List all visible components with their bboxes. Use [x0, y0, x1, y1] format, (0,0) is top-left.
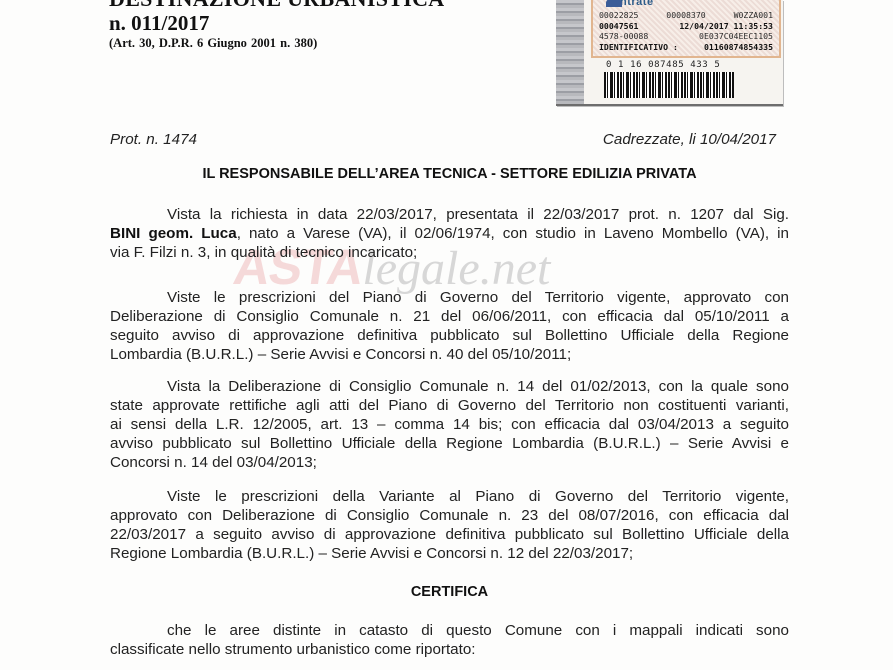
stamp-code: 00022825 — [599, 10, 638, 21]
agenzia-entrate-logo-icon: ntrate — [620, 0, 654, 8]
certificate-number: n. 011/2017 — [109, 11, 209, 36]
stamp-row: 00047561 12/04/2017 11:35:53 — [599, 21, 773, 32]
paragraph-line: classificate nello strumento urbanistico… — [110, 641, 789, 659]
stamp-code: 4578-00088 — [599, 31, 648, 42]
paragraph-line: via F. Filzi n. 3, in qualità di tecnico… — [110, 244, 789, 262]
stamp-datetime: 12/04/2017 11:35:53 — [679, 21, 773, 32]
certifica-heading: CERTIFICA — [110, 584, 789, 600]
document-page: DESTINAZIONE URBANISTICA n. 011/2017 (Ar… — [0, 0, 893, 670]
stamp-code: 00047561 — [599, 21, 638, 32]
paragraph-line: seguito avviso di approvazione definitiv… — [110, 327, 789, 345]
stamp-code: 00008370 — [666, 10, 705, 21]
stamp-row: 00022825 00008370 W0ZZA001 — [599, 10, 773, 21]
paragraph-line: ai sensi della L.R. 12/2005, art. 13 – c… — [110, 416, 789, 434]
barcode-icon — [604, 72, 734, 98]
issuer-heading: IL RESPONSABILE DELL’AREA TECNICA - SETT… — [110, 166, 789, 182]
barcode-number: 0 1 16 087485 433 5 — [606, 60, 720, 70]
paragraph-line: state approvate rettifiche agli atti del… — [110, 397, 789, 415]
paragraph-line: Viste le prescrizioni del Piano di Gover… — [110, 289, 789, 307]
paragraph-line: Concorsi n. 14 del 03/04/2013; — [110, 454, 789, 472]
paragraph-line: avviso pubblicato sul Bollettino Ufficia… — [110, 435, 789, 453]
paragraph-text: , nato a Varese (VA), il 02/06/1974, con… — [237, 225, 789, 242]
paragraph-line: 22/03/2017 a seguito avviso di approvazi… — [110, 526, 789, 544]
stamp-security-strip — [556, 0, 584, 104]
stamp-identifier: 01160874854335 — [704, 42, 773, 53]
stamp-row: 4578-00088 0E037C04EEC1105 — [599, 31, 773, 42]
paragraph-line: Deliberazione di Consiglio Comunale n. 2… — [110, 308, 789, 326]
stamp-code: W0ZZA001 — [734, 10, 773, 21]
stamp-row: IDENTIFICATIVO : 01160874854335 — [599, 42, 773, 53]
paragraph-line: Lombardia (B.U.R.L.) – Serie Avvisi e Co… — [110, 346, 789, 364]
stamp-card: ntrate 00022825 00008370 W0ZZA001 000475… — [591, 0, 781, 58]
place-date: Cadrezzate, li 10/04/2017 — [603, 131, 776, 148]
stamp-code: 0E037C04EEC1105 — [699, 31, 773, 42]
paragraph-line: Regione Lombardia (B.U.R.L.) – Serie Avv… — [110, 545, 789, 563]
paragraph-line: Viste le prescrizioni della Variante al … — [110, 488, 789, 506]
paragraph-line: che le aree distinte in catasto di quest… — [110, 622, 789, 640]
paragraph-line: BINI geom. Luca, nato a Varese (VA), il … — [110, 225, 789, 243]
stamp-identifier-label: IDENTIFICATIVO : — [599, 42, 678, 53]
revenue-stamp: ntrate 00022825 00008370 W0ZZA001 000475… — [556, 0, 783, 106]
paragraph-line: Vista la richiesta in data 22/03/2017, p… — [110, 206, 789, 224]
applicant-name: BINI geom. Luca — [110, 225, 237, 242]
legal-reference: (Art. 30, D.P.R. 6 Giugno 2001 n. 380) — [109, 36, 317, 51]
protocol-number: Prot. n. 1474 — [110, 131, 197, 148]
paragraph-line: Vista la Deliberazione di Consiglio Comu… — [110, 378, 789, 396]
paragraph-line: approvato con Deliberazione di Consiglio… — [110, 507, 789, 525]
